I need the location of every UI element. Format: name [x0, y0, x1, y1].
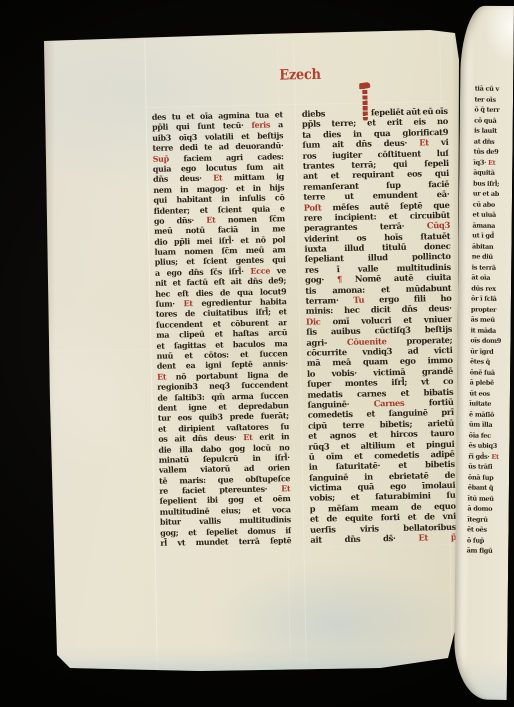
edge-text-line: ēbant q̄	[468, 482, 508, 493]
rubric-text: Et	[419, 137, 429, 147]
edge-text-line: ītegrū	[467, 514, 507, 525]
edge-text-line: dūs rex	[471, 283, 511, 294]
edge-text-line: ne diū	[472, 251, 512, 262]
edge-text-line: et uiuā	[472, 209, 512, 220]
photo-canvas: { "colors": { "backdrop": "#0a0907", "pa…	[0, 0, 514, 707]
edge-text-line: tūs de9	[474, 146, 514, 157]
edge-text-line: ōnē ſuā	[470, 367, 510, 378]
edge-text-line: īuitate	[469, 398, 509, 409]
edge-text-line: cō quā	[474, 115, 514, 126]
text-segment: diebs	[302, 108, 326, 119]
rubric-text: Et p̄	[418, 532, 456, 543]
rubric-text: Et	[243, 432, 252, 442]
rubric-text: Et	[491, 452, 498, 460]
edge-text-line: tiā cū v	[475, 83, 514, 94]
rubric-text: Sup̄	[153, 153, 169, 163]
edge-text-line: at dn̄s	[474, 136, 514, 147]
rubric-text: Cūq3	[427, 220, 450, 230]
rubric-text: Et	[213, 173, 222, 183]
edge-text-line: ur et ab	[473, 188, 513, 199]
edge-text-line: cū abo	[473, 199, 513, 210]
edge-text-line: ōnā ſup	[468, 472, 508, 483]
edge-text-line: ōr ī ſclā	[471, 293, 511, 304]
edge-text-line: ābitan	[472, 241, 512, 252]
edge-text-line: r̄ī gd̄s· Et	[468, 451, 508, 462]
edge-text-line: oīs dom9	[470, 335, 510, 346]
edge-text-line: īq3· Et	[473, 157, 513, 168]
edge-text-line: ūm īlla	[469, 419, 509, 430]
rubric-text: Poſt	[304, 202, 322, 212]
text-column-right: diebsſepeliēt aūt eū oīspp̄ls terre; et …	[302, 106, 457, 545]
manuscript-page: Ezech des tu et oīa agmina tua etpp̄li q…	[43, 28, 462, 676]
edge-text-line: ētes q̄	[470, 356, 510, 367]
text-line: ait dn̄s ds̄· Et p̄	[310, 532, 456, 545]
text-line: rl̄ vt mundet terrā ſeptē	[160, 535, 291, 548]
edge-text-line: ō ſup̄	[467, 535, 507, 546]
edge-text-line: is lauit	[474, 125, 514, 136]
rubric-text: Et	[157, 371, 166, 381]
text-column-left: des tu et oīa agmina tua etpp̄li qui ſun…	[152, 109, 292, 548]
rubric-text: ¶	[337, 274, 342, 284]
parchment-crease	[47, 349, 151, 352]
rubric-text: Tu	[353, 295, 364, 305]
edge-text-line: ter oīs	[474, 94, 514, 105]
edge-text-line: ēt oēs	[467, 524, 507, 535]
edge-text-line: it māda	[470, 325, 510, 336]
edge-text-line: ām figū	[467, 545, 507, 556]
edge-text-line: āquitā	[473, 167, 513, 178]
edge-text-line: āt oīa	[471, 272, 511, 283]
rubric-text: Et	[281, 483, 290, 493]
rubric-text: Ecce	[250, 265, 270, 275]
edge-text-line: ā domo	[467, 503, 507, 514]
facing-page-text: tiā cū vter oīsō q̄ terrcō quāis lauitat…	[467, 83, 514, 556]
edge-text-line: ō q̄ terr	[474, 104, 514, 115]
edge-text-line: ūr īgrd	[470, 346, 510, 357]
rubric-text: feris	[251, 120, 270, 130]
edge-text-line: ē māſiō	[469, 409, 509, 420]
rubric-text: Et	[488, 158, 495, 166]
edge-text-line: ut ī gd̄	[472, 230, 512, 241]
edge-text-line: ūs trāſi	[468, 461, 508, 472]
rubric-text: Cōuenite	[347, 336, 387, 347]
facing-page-edge: tiā cū vter oīsō q̄ terrcō quāis lauitat…	[454, 5, 514, 700]
edge-text-line: ūt eos	[469, 388, 509, 399]
edge-text-line: ītū meū	[468, 493, 508, 504]
edge-text-line: ēs ubiq3	[468, 440, 508, 451]
edge-text-line: āmana	[472, 220, 512, 231]
rubric-text: Et	[206, 214, 215, 224]
running-title: Ezech	[270, 67, 330, 85]
edge-text-line: is terrā	[472, 262, 512, 273]
edge-text-line: ōīa fec	[469, 430, 509, 441]
edge-text-line: bus iſrl̄;	[473, 178, 513, 189]
rubric-initial-flag	[359, 82, 370, 90]
rubric-text: Dic	[306, 316, 321, 326]
edge-text-line: ās meū	[471, 314, 511, 325]
rubric-text: Et	[183, 298, 192, 308]
edge-text-line: propter	[471, 304, 511, 315]
rubric-text: Carnes	[374, 398, 405, 409]
edge-text-line: ā plebē	[470, 377, 510, 388]
page-content: Ezech des tu et oīa agmina tua etpp̄li q…	[43, 20, 475, 676]
